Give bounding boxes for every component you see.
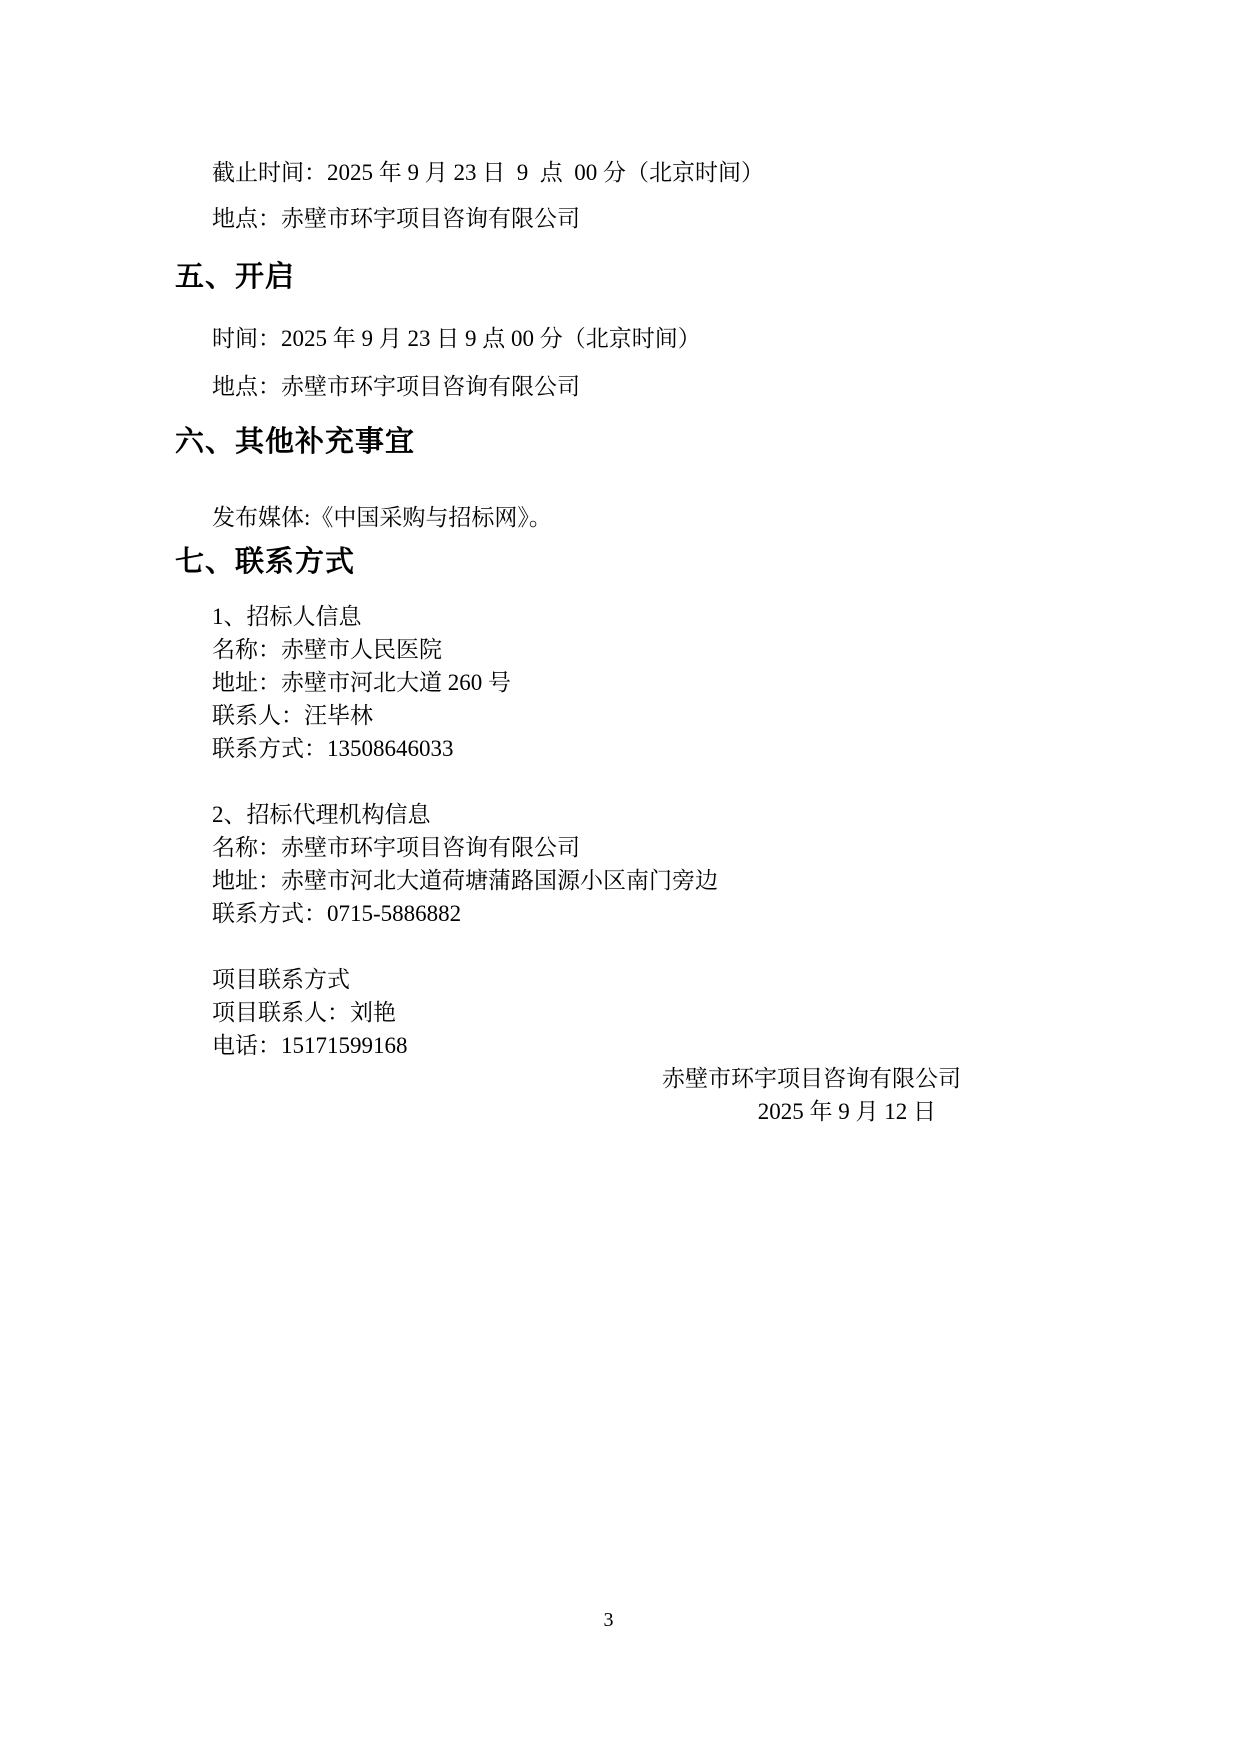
blank-line	[175, 765, 1161, 798]
section-heading-contact: 七、联系方式	[175, 547, 1161, 578]
tenderer-address: 地址：赤壁市河北大道 260 号	[175, 666, 1161, 699]
project-contact-phone: 电话：15171599168	[175, 1029, 1161, 1062]
agency-name: 名称：赤壁市环宇项目咨询有限公司	[175, 831, 1161, 864]
section-heading-other: 六、其他补充事宜	[175, 427, 1161, 458]
page-number: 3	[0, 1608, 1217, 1632]
tenderer-info-title: 1、招标人信息	[175, 600, 1161, 633]
deadline-place-line: 地点：赤壁市环宇项目咨询有限公司	[175, 206, 1161, 231]
open-time-line: 时间：2025 年 9 月 23 日 9 点 00 分（北京时间）	[175, 326, 1161, 351]
blank-line	[175, 930, 1161, 963]
open-place-line: 地点：赤壁市环宇项目咨询有限公司	[175, 374, 1161, 399]
signature-block: 赤壁市环宇项目咨询有限公司 2025 年 9 月 12 日	[175, 1062, 1161, 1128]
tenderer-contact-person: 联系人：汪毕林	[175, 699, 1161, 732]
document-content: 截止时间：2025 年 9 月 23 日 9 点 00 分（北京时间） 地点：赤…	[0, 0, 1241, 1128]
tenderer-name: 名称：赤壁市人民医院	[175, 633, 1161, 666]
publish-media-line: 发布媒体:《中国采购与招标网》。	[175, 505, 1161, 530]
contact-block: 1、招标人信息 名称：赤壁市人民医院 地址：赤壁市河北大道 260 号 联系人：…	[175, 600, 1161, 1128]
agency-info-title: 2、招标代理机构信息	[175, 798, 1161, 831]
signature-company: 赤壁市环宇项目咨询有限公司	[175, 1062, 1161, 1095]
project-contact-title: 项目联系方式	[175, 963, 1161, 996]
document-page: 截止时间：2025 年 9 月 23 日 9 点 00 分（北京时间） 地点：赤…	[0, 0, 1241, 1755]
tenderer-contact-number: 联系方式：13508646033	[175, 732, 1161, 765]
deadline-time-line: 截止时间：2025 年 9 月 23 日 9 点 00 分（北京时间）	[175, 160, 1161, 185]
agency-address: 地址：赤壁市河北大道荷塘蒲路国源小区南门旁边	[175, 864, 1161, 897]
project-contact-person: 项目联系人：刘艳	[175, 996, 1161, 1029]
signature-date: 2025 年 9 月 12 日	[175, 1095, 1161, 1128]
section-heading-open: 五、开启	[175, 262, 1161, 293]
agency-contact-number: 联系方式：0715-5886882	[175, 897, 1161, 930]
